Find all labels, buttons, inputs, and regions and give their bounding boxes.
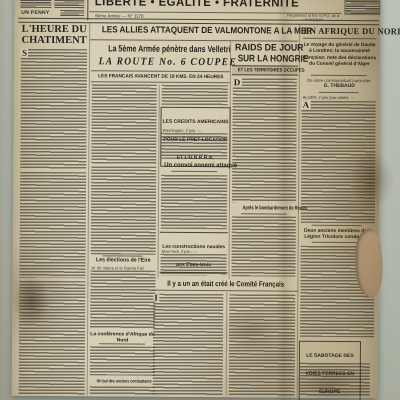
masthead-motto: LIBERTE • EGALITE • FRATERNITE — [89, 0, 293, 10]
headline-francais-avancent: LES FRANCAIS AVANCENT DE 18 KMS. EN 24 H… — [91, 73, 230, 80]
imprint-small-text — [54, 0, 84, 8]
article-chatiment-body — [19, 172, 86, 278]
headline-velletri: La 5ème Armée pénètre dans Velletri — [91, 43, 230, 54]
masthead-right-box — [345, 1, 379, 14]
afrique-subhead: Le voyage du général de Gaulle à Londres… — [302, 43, 377, 69]
headline-raids-line3: ET LES TERRITOIRES OCCUPES — [232, 65, 298, 75]
headline-route6: LA ROUTE No. 6 COUPEE — [91, 56, 230, 68]
main-article-body — [91, 166, 157, 254]
conference-body — [90, 346, 155, 375]
afrique-byline: De notre correspondant particulier, G. T… — [302, 78, 377, 90]
credits-body — [161, 133, 227, 159]
eire-body — [90, 270, 155, 328]
headline-raids-line1: RAIDS DE JOUR — [232, 42, 298, 53]
rouen-body — [231, 216, 295, 276]
afrique-body — [301, 101, 376, 224]
dropcap: S — [21, 49, 28, 57]
main-article-body — [162, 85, 228, 105]
constructions-body — [160, 254, 226, 276]
dropcap: A — [302, 101, 311, 109]
main-article-body — [91, 84, 157, 164]
article-chatiment-body — [19, 281, 86, 395]
headline-afrique: EN AFRIQUE DU NORD — [301, 26, 378, 37]
afrique-lead: ALGER, 2 juin (par câble). — — [303, 95, 376, 101]
comite-body-right — [229, 294, 296, 396]
comite-body-left — [153, 294, 224, 396]
article-chatiment-body — [20, 49, 87, 169]
headline-conference: La conférence d'Afrique du Nord — [90, 331, 155, 343]
convoi-body — [161, 175, 227, 229]
newspaper: UN PENNY LIBERTE • EGALITE • FRATERNITE … — [0, 0, 400, 400]
raids-body — [232, 78, 297, 202]
imprint-small-text — [60, 10, 84, 17]
headline-rouen: Après le bombardement de Rouen — [230, 205, 298, 211]
headline-eire: Les élections de l'Eire — [91, 257, 156, 263]
headline-comite: Il y a un an était créé le Comité França… — [152, 279, 298, 289]
imprint-small-text — [20, 0, 51, 8]
headline-raids-line2: SUR LA HONGRIE — [232, 53, 298, 64]
paper-tear — [355, 229, 382, 297]
sabotage-body — [300, 363, 370, 396]
dropcap: I — [153, 294, 159, 302]
article-chatiment-title: L'HEURE DU CHATIMENT — [19, 24, 89, 47]
dropcap: D — [233, 78, 242, 86]
headline-bal: Un bal des anciens combattants — [90, 378, 155, 383]
headline-convoi: Un convoi ennemi attaqué — [160, 162, 228, 169]
price-label: UN PENNY — [21, 10, 57, 16]
newspaper-photo: UN PENNY LIBERTE • EGALITE • FRATERNITE … — [0, 0, 400, 400]
banner-headline: LES ALLIES ATTAQUENT DE VALMONTONE A LA … — [90, 24, 298, 35]
bal-body — [90, 386, 155, 395]
